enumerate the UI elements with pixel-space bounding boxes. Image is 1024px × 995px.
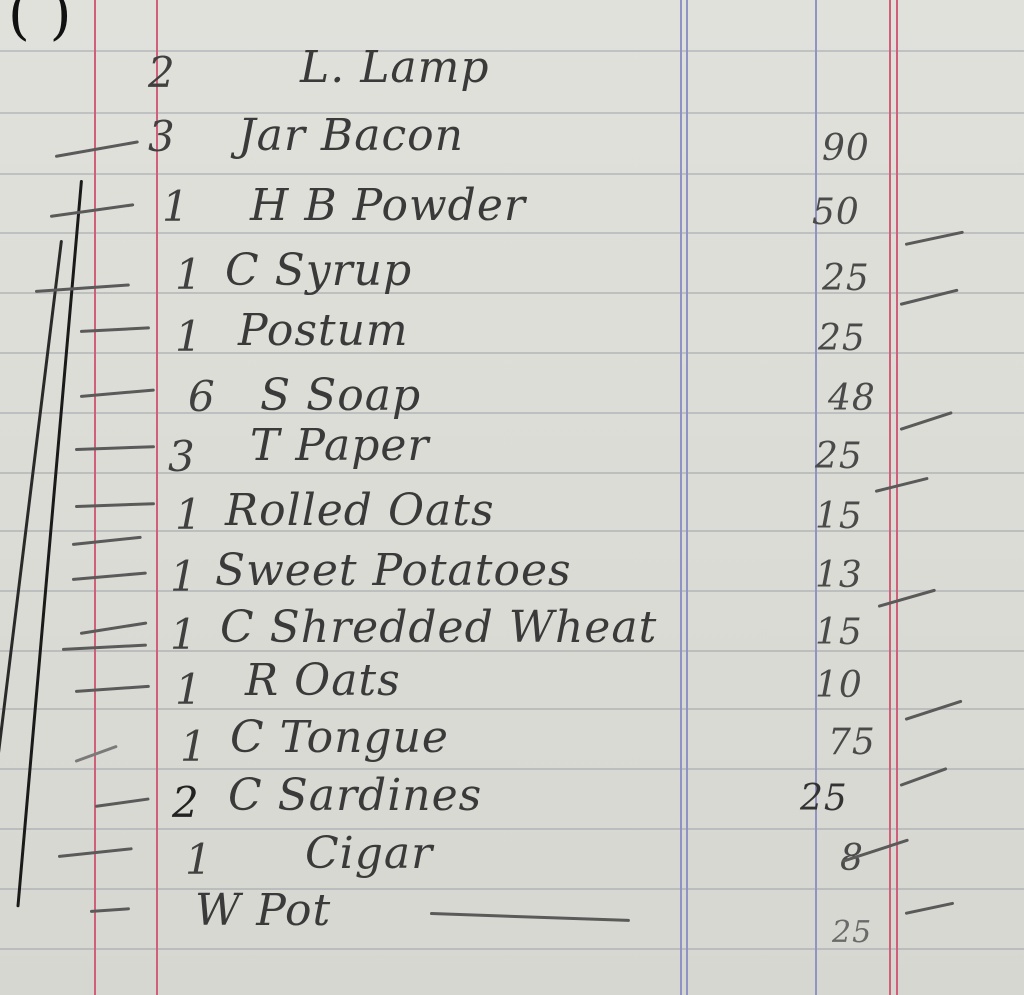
entry-qty: 2 [172,778,200,827]
entry-qty: 3 [168,432,196,481]
entry-qty: 6 [188,372,216,421]
entry-item: H B Powder [250,180,526,231]
entry-item: C Shredded Wheat [220,602,657,653]
entry-amount: 75 [828,722,876,763]
item-column-blue-line [680,0,682,995]
entry-qty: 1 [175,665,203,714]
margin-tick [72,571,147,581]
entry-item: L. Lamp [300,42,490,93]
entry-item: C Sardines [228,770,482,821]
entry-qty: 1 [170,610,198,659]
check-mark [875,477,929,493]
entry-amount: 25 [815,436,863,477]
top-mark: ( ) [8,0,73,47]
entry-item: S Soap [260,370,421,421]
check-mark [905,902,955,915]
entry-amount: 15 [815,612,863,653]
entry-qty: 1 [175,312,203,361]
rule-line [0,292,1024,294]
check-mark [905,700,963,721]
check-mark [900,411,953,431]
entry-qty: 3 [148,112,176,161]
margin-tick [75,502,155,508]
entry-item: Rolled Oats [225,485,495,536]
margin-tick [55,140,139,158]
entry-qty: 1 [180,722,208,771]
item-column-blue-line-2 [686,0,688,995]
entry-amount: 10 [815,665,863,706]
margin-tick [80,388,155,398]
entry-amount: 25 [832,915,872,950]
entry-item: R Oats [245,655,401,706]
entry-item: W Pot [195,885,331,936]
rule-line [0,768,1024,770]
rule-line [0,888,1024,890]
rule-line [0,232,1024,234]
entry-amount: 25 [800,778,848,819]
entry-qty: 2 [148,48,176,97]
margin-tick [75,685,150,693]
entry-amount: 90 [822,128,870,169]
margin-tick [95,797,150,808]
entry-qty: 1 [175,250,203,299]
margin-tick [50,203,135,218]
entry-amount: 13 [815,555,863,596]
right-margin-red-line-2 [896,0,898,995]
rule-line [0,173,1024,175]
entry-amount: 50 [812,192,860,233]
entry-amount: 48 [828,378,876,419]
entry-amount: 25 [818,318,866,359]
entry-item: C Tongue [230,712,449,763]
entry-qty: 1 [162,182,190,231]
margin-tick [75,445,155,451]
entry-item: T Paper [250,420,429,471]
entry-item: Cigar [305,828,433,879]
entry-item: Jar Bacon [238,110,464,161]
margin-tick [80,621,148,635]
rule-line [0,828,1024,830]
rule-line [0,530,1024,532]
ledger-page: ( ) 2 L. Lamp 3 Jar Bacon 90 1 H B Powde… [0,0,1024,995]
margin-tick [80,326,150,333]
underline-stroke [430,912,630,922]
entry-amount: 25 [822,258,870,299]
entry-item: Postum [238,305,409,356]
entry-qty: 1 [175,490,203,539]
margin-tick [74,745,117,763]
rule-line [0,708,1024,710]
entry-qty: 1 [185,835,213,884]
entry-amount: 15 [815,496,863,537]
entry-item: Sweet Potatoes [215,545,572,596]
entry-item: C Syrup [225,245,412,296]
rule-line [0,352,1024,354]
entry-qty: 1 [170,552,198,601]
rule-line [0,472,1024,474]
margin-tick [72,536,142,546]
